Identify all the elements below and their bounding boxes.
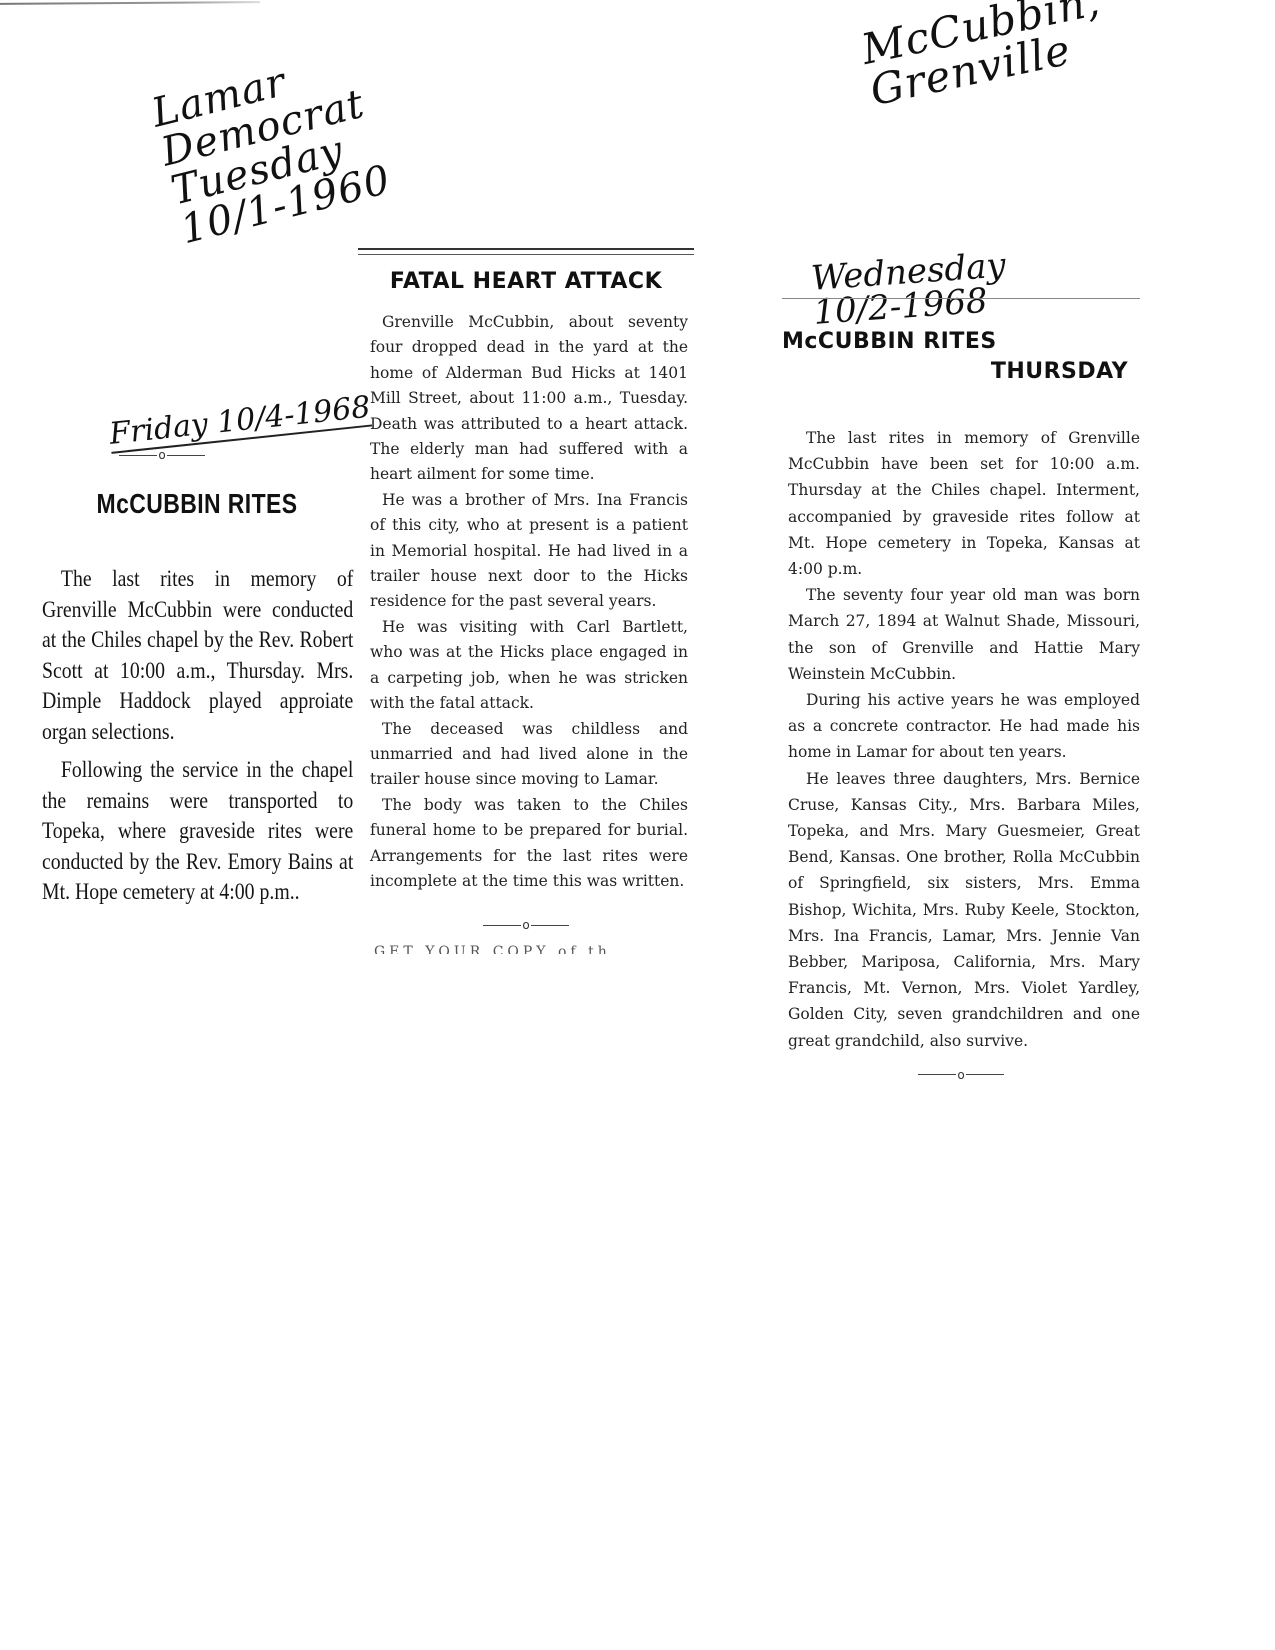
scan-edge-line: [0, 1, 260, 5]
divider-rule: [358, 248, 694, 255]
headline: McCUBBIN RITES: [70, 488, 324, 520]
headline: FATAL HEART ATTACK: [358, 269, 694, 294]
paragraph: Following the service in the chapel the …: [42, 755, 353, 908]
separator-ornament: o: [358, 918, 694, 932]
paragraph: He leaves three daughters, Mrs. Bernice …: [788, 766, 1140, 1054]
handwritten-note-name: McCubbin, Grenville: [858, 0, 1112, 112]
paragraph: The last rites in memory of Grenville Mc…: [788, 425, 1140, 582]
separator-ornament: o: [102, 448, 222, 462]
paragraph: He was visiting with Carl Bartlett, who …: [370, 615, 688, 717]
paragraph: The deceased was childless and unmarried…: [370, 717, 688, 793]
headline-line-2: THURSDAY: [782, 357, 1140, 387]
paragraph: The body was taken to the Chiles funeral…: [370, 793, 688, 895]
article-body: The last rites in memory of Grenville Mc…: [782, 425, 1140, 1054]
paragraph: Grenville McCubbin, about seventy four d…: [370, 310, 688, 488]
paragraph: He was a brother of Mrs. Ina Francis of …: [370, 488, 688, 615]
handwritten-note-date-left: Friday 10/4-1968: [108, 393, 372, 454]
clipping-left: o McCUBBIN RITES The last rites in memor…: [42, 448, 352, 908]
article-body: Grenville McCubbin, about seventy four d…: [358, 310, 694, 894]
cut-off-text: GET YOUR COPY of th...: [358, 944, 694, 954]
clipping-right: McCUBBIN RITES THURSDAY The last rites i…: [782, 298, 1140, 1082]
handwritten-note-source: Lamar Democrat Tuesday 10/1-1960: [148, 43, 394, 250]
clipping-middle: FATAL HEART ATTACK Grenville McCubbin, a…: [358, 248, 694, 954]
paragraph: The last rites in memory of Grenville Mc…: [42, 564, 353, 747]
paragraph: The seventy four year old man was born M…: [788, 582, 1140, 687]
headline-line-1: McCUBBIN RITES: [782, 329, 997, 354]
divider-rule: [782, 298, 1140, 299]
paragraph: During his active years he was employed …: [788, 687, 1140, 766]
headline: McCUBBIN RITES THURSDAY: [782, 327, 1140, 387]
separator-ornament: o: [782, 1068, 1140, 1082]
article-body: The last rites in memory of Grenville Mc…: [42, 564, 353, 908]
